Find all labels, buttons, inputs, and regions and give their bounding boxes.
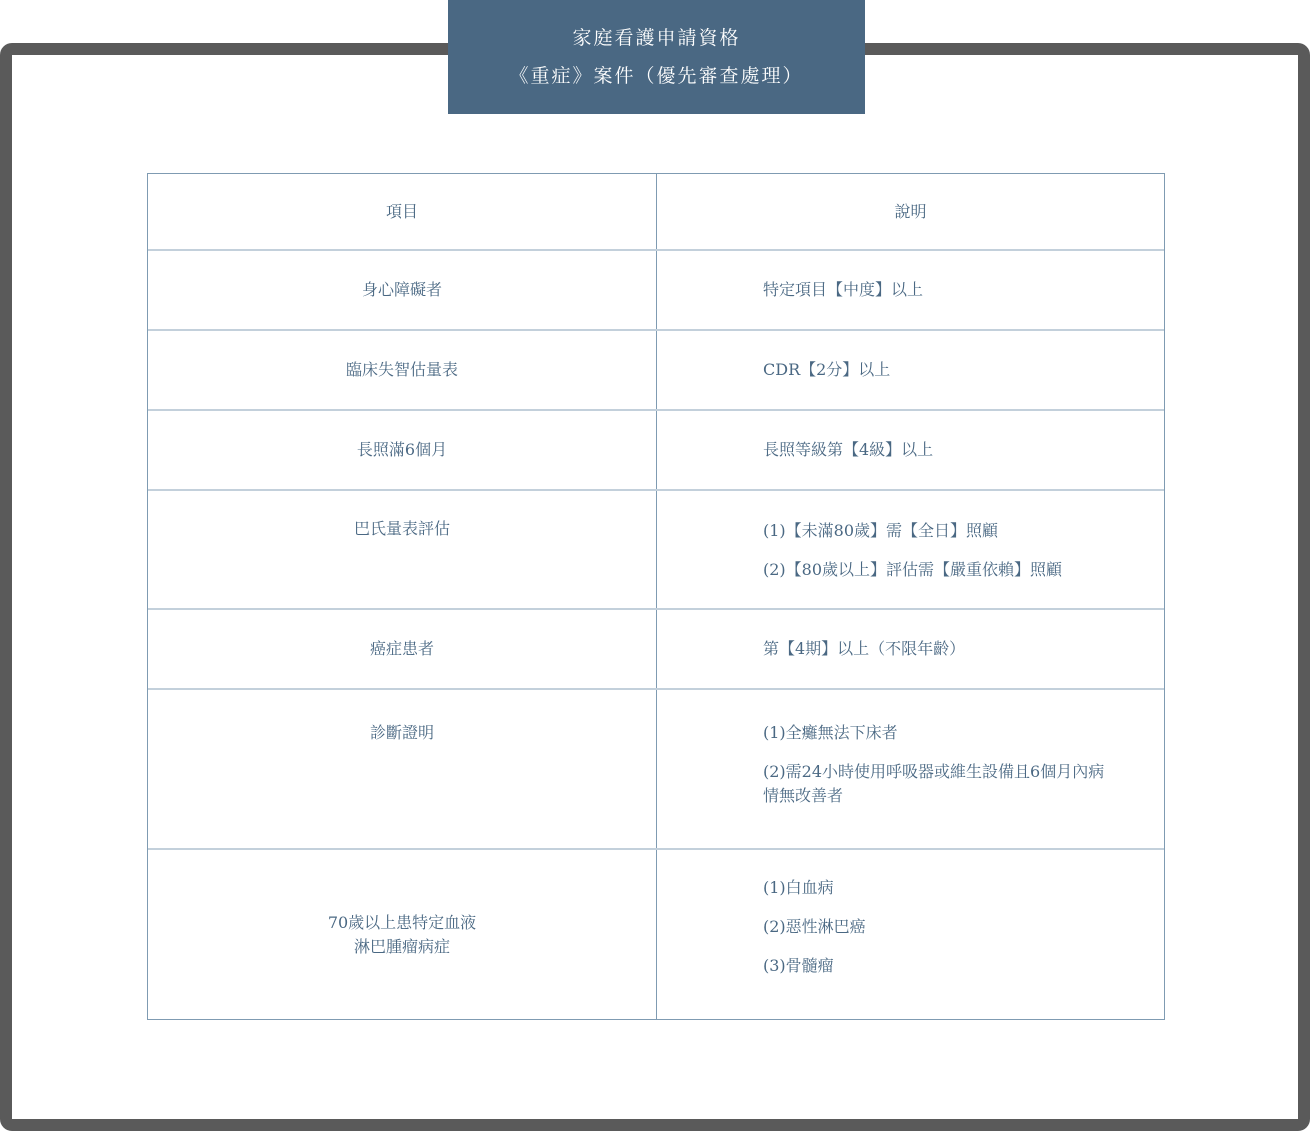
header-item: 項目 <box>148 174 657 249</box>
eligibility-table: 項目 說明 身心障礙者 特定項目【中度】以上 臨床失智估量表 CDR【2分】以上… <box>147 173 1165 1020</box>
row-item-label: 癌症患者 <box>370 637 434 661</box>
row-item-label: 巴氏量表評估 <box>354 517 450 541</box>
table-row: 診斷證明 (1)全癱無法下床者 (2)需24小時使用呼吸器或維生設備且6個月內病… <box>148 690 1164 850</box>
row-desc-line: (1)【未滿80歲】需【全日】照顧 <box>763 519 1164 543</box>
row-desc-line: (1)全癱無法下床者 <box>763 721 1124 745</box>
table-row: 70歲以上患特定血液 淋巴腫瘤病症 (1)白血病 (2)惡性淋巴癌 (3)骨髓瘤 <box>148 850 1164 1019</box>
row-desc-line: 第【4期】以上（不限年齡） <box>763 637 1164 661</box>
row-item: 70歲以上患特定血液 淋巴腫瘤病症 <box>148 850 657 1019</box>
row-desc-line: (2)【80歲以上】評估需【嚴重依賴】照顧 <box>763 558 1164 582</box>
row-desc: (1)白血病 (2)惡性淋巴癌 (3)骨髓瘤 <box>657 850 1164 1019</box>
row-item-label: 診斷證明 <box>370 721 434 745</box>
row-item: 癌症患者 <box>148 610 657 688</box>
row-desc-line: (3)骨髓瘤 <box>763 954 1164 978</box>
header-desc-label: 說明 <box>894 200 926 224</box>
title-line-1: 家庭看護申請資格 <box>572 19 740 57</box>
row-desc: 特定項目【中度】以上 <box>657 251 1164 329</box>
table-row: 巴氏量表評估 (1)【未滿80歲】需【全日】照顧 (2)【80歲以上】評估需【嚴… <box>148 491 1164 610</box>
table-row: 身心障礙者 特定項目【中度】以上 <box>148 251 1164 331</box>
row-desc-line: (2)需24小時使用呼吸器或維生設備且6個月內病情無改善者 <box>763 760 1115 808</box>
row-item: 臨床失智估量表 <box>148 331 657 409</box>
row-item: 診斷證明 <box>148 690 657 848</box>
header-desc: 說明 <box>657 174 1164 249</box>
row-desc: 第【4期】以上（不限年齡） <box>657 610 1164 688</box>
row-desc: 長照等級第【4級】以上 <box>657 411 1164 489</box>
row-item-label: 臨床失智估量表 <box>346 358 458 382</box>
title-banner: 家庭看護申請資格 《重症》案件（優先審查處理） <box>448 0 865 114</box>
row-desc: (1)全癱無法下床者 (2)需24小時使用呼吸器或維生設備且6個月內病情無改善者 <box>657 690 1164 848</box>
header-item-label: 項目 <box>386 200 418 224</box>
row-desc-line: 長照等級第【4級】以上 <box>763 438 1164 462</box>
table-row: 長照滿6個月 長照等級第【4級】以上 <box>148 411 1164 491</box>
row-desc-line: CDR【2分】以上 <box>763 358 1164 382</box>
row-item: 長照滿6個月 <box>148 411 657 489</box>
table-header-row: 項目 說明 <box>148 174 1164 251</box>
row-desc: (1)【未滿80歲】需【全日】照顧 (2)【80歲以上】評估需【嚴重依賴】照顧 <box>657 491 1164 608</box>
table-row: 癌症患者 第【4期】以上（不限年齡） <box>148 610 1164 690</box>
row-item-label: 長照滿6個月 <box>357 438 447 462</box>
row-item-label: 身心障礙者 <box>362 278 442 302</box>
table-row: 臨床失智估量表 CDR【2分】以上 <box>148 331 1164 411</box>
row-item-label-line: 淋巴腫瘤病症 <box>354 935 450 959</box>
row-item: 身心障礙者 <box>148 251 657 329</box>
row-desc-line: (1)白血病 <box>763 876 1164 900</box>
row-desc-line: (2)惡性淋巴癌 <box>763 915 1164 939</box>
row-desc: CDR【2分】以上 <box>657 331 1164 409</box>
title-line-2: 《重症》案件（優先審查處理） <box>509 57 803 95</box>
row-item: 巴氏量表評估 <box>148 491 657 608</box>
row-item-label-line: 70歲以上患特定血液 <box>328 911 476 935</box>
row-desc-line: 特定項目【中度】以上 <box>763 278 1164 302</box>
